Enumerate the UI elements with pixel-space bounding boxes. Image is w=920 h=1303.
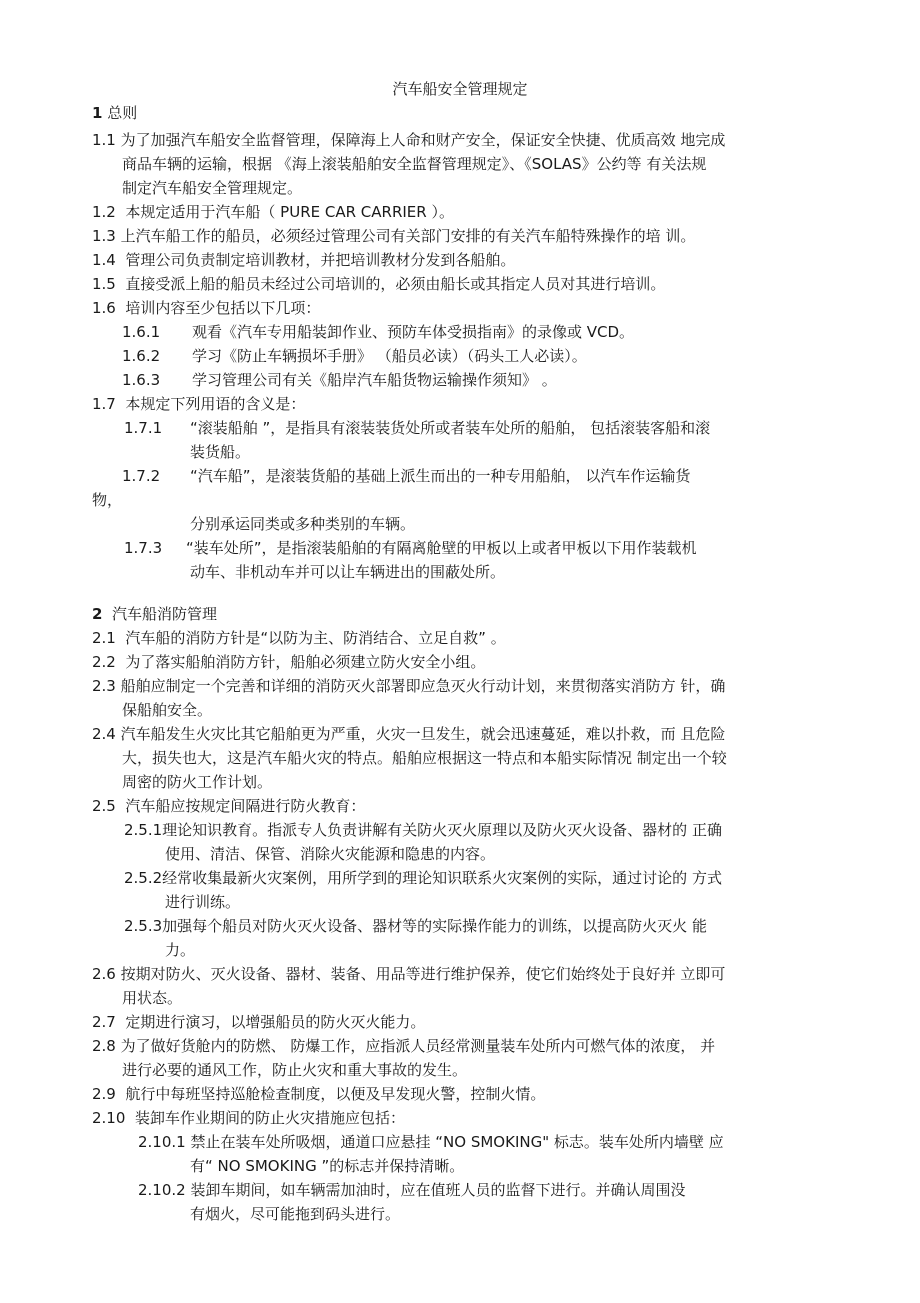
clause-text: 汽车船发生火灾比其它船舶更为严重，火灾一旦发生，就会迅速蔓延，难以扑救，而 且危… [121, 725, 726, 743]
clause-1-6-3: 1.6.3学习管理公司有关《船岸汽车船货物运输操作须知》 。 [122, 369, 557, 391]
clause-1-7-2-line-3: 分别承运同类或多种类别的车辆。 [190, 513, 415, 535]
clause-text: 加强每个船员对防火灭火设备、器材等的实际操作能力的训练，以提高防火灭火 能 [162, 917, 707, 935]
clause-1-7-3: 1.7.3“装车处所”，是指滚装船舶的有隔离舱壁的甲板以上或者甲板以下用作装载机 [124, 537, 697, 559]
clause-2-6-line-2: 用状态。 [122, 987, 182, 1009]
clause-1-1-line-3: 制定汽车船安全管理规定。 [122, 177, 302, 199]
clause-2-7: 2.7 定期进行演习，以增强船员的防火灭火能力。 [92, 1011, 425, 1033]
clause-number: 1.7 [92, 395, 116, 413]
clause-number: 2.9 [92, 1085, 116, 1103]
clause-number: 1.2 [92, 203, 116, 221]
clause-2-9: 2.9 航行中每班坚持巡舱检查制度，以便及早发现火警，控制火情。 [92, 1083, 545, 1105]
clause-2-4: 2.4 汽车船发生火灾比其它船舶更为严重，火灾一旦发生，就会迅速蔓延，难以扑救，… [92, 723, 725, 745]
clause-2-5: 2.5 汽车船应按规定间隔进行防火教育： [92, 795, 365, 817]
clause-text: 为了加强汽车船安全监督管理，保障海上人命和财产安全，保证安全快捷、优质高效 地完… [121, 131, 726, 149]
clause-text: “装车处所”，是指滚装船舶的有隔离舱壁的甲板以上或者甲板以下用作装载机 [186, 539, 697, 557]
clause-2-6: 2.6 按期对防火、灭火设备、器材、装备、用品等进行维护保养，使它们始终处于良好… [92, 963, 725, 985]
clause-number: 2.4 [92, 725, 116, 743]
clause-text: 船舶应制定一个完善和详细的消防灭火部署即应急灭火行动计划，来贯彻落实消防方 针，… [121, 677, 726, 695]
clause-number: 2.5.2 [124, 869, 162, 887]
section-number: 1 [92, 104, 102, 122]
document-page: 汽车船安全管理规定 1 总则 1.1 为了加强汽车船安全监督管理，保障海上人命和… [0, 0, 920, 1303]
clause-number: 1.3 [92, 227, 116, 245]
section-1-heading: 1 总则 [92, 102, 137, 124]
clause-number: 1.7.2 [122, 465, 190, 487]
clause-number: 1.1 [92, 131, 116, 149]
clause-1-7-1: 1.7.1“滚装船舶 ”，是指具有滚装装货处所或者装车处所的船舶， 包括滚装客船… [124, 417, 710, 439]
clause-2-10-2-line-2: 有烟火，尽可能拖到码头进行。 [190, 1203, 400, 1225]
clause-1-2: 1.2 本规定适用于汽车船（ PURE CAR CARRIER ）。 [92, 201, 454, 223]
clause-number: 2.5.1 [124, 821, 162, 839]
clause-2-5-3: 2.5.3加强每个船员对防火灭火设备、器材等的实际操作能力的训练，以提高防火灭火… [124, 915, 707, 937]
clause-2-4-line-3: 周密的防火工作计划。 [122, 771, 272, 793]
clause-number: 2.1 [92, 629, 116, 647]
clause-2-5-3-line-2: 力。 [165, 939, 195, 961]
clause-number: 2.5 [92, 797, 116, 815]
clause-number: 1.7.1 [124, 417, 190, 439]
clause-number: 2.10.1 [138, 1133, 186, 1151]
clause-number: 1.6.2 [122, 345, 192, 367]
clause-number: 2.10.2 [138, 1181, 186, 1199]
clause-text: 直接受派上船的船员未经过公司培训的，必须由船长或其指定人员对其进行培训。 [125, 275, 665, 293]
clause-1-7-3-line-2: 动车、非机动车并可以让车辆进出的围蔽处所。 [190, 561, 505, 583]
clause-text: 为了做好货舱内的防燃、 防爆工作，应指派人员经常测量装车处所内可燃气体的浓度， … [121, 1037, 716, 1055]
clause-1-7-1-line-2: 装货船。 [190, 441, 250, 463]
clause-text: “滚装船舶 ”，是指具有滚装装货处所或者装车处所的船舶， 包括滚装客船和滚 [190, 419, 710, 437]
clause-text: 定期进行演习，以增强船员的防火灭火能力。 [125, 1013, 425, 1031]
clause-text: 培训内容至少包括以下几项： [125, 299, 320, 317]
section-heading-text: 汽车船消防管理 [112, 605, 217, 623]
clause-1-6-2: 1.6.2学习《防止车辆损坏手册》 （船员必读）（码头工人必读）。 [122, 345, 587, 367]
section-heading-text: 总则 [107, 104, 137, 122]
clause-1-7-2-line-2: 物， [92, 489, 122, 511]
section-number: 2 [92, 605, 102, 623]
clause-1-6-1: 1.6.1观看《汽车专用船装卸作业、预防车体受损指南》的录像或 VCD。 [122, 321, 634, 343]
clause-number: 2.2 [92, 653, 116, 671]
clause-text: 禁止在装车处所吸烟，通道口应悬挂 “NO SMOKING" 标志。装车处所内墙壁… [191, 1133, 724, 1151]
clause-1-1-line-2: 商品车辆的运输，根据 《海上滚装船舶安全监督管理规定》、《SOLAS》公约等 有… [122, 153, 706, 175]
clause-text: 学习《防止车辆损坏手册》 （船员必读）（码头工人必读）。 [192, 347, 587, 365]
clause-2-10: 2.10 装卸车作业期间的防止火灾措施应包括： [92, 1107, 405, 1129]
clause-text: 经常收集最新火灾案例，用所学到的理论知识联系火灾案例的实际，通过讨论的 方式 [162, 869, 722, 887]
clause-text: 学习管理公司有关《船岸汽车船货物运输操作须知》 。 [192, 371, 557, 389]
clause-text: “汽车船”，是滚装货船的基础上派生而出的一种专用船舶， 以汽车作运输货 [190, 467, 690, 485]
clause-number: 2.7 [92, 1013, 116, 1031]
clause-1-7-2: 1.7.2“汽车船”，是滚装货船的基础上派生而出的一种专用船舶， 以汽车作运输货 [122, 465, 690, 487]
clause-2-4-line-2: 大，损失也大，这是汽车船火灾的特点。船舶应根据这一特点和本船实际情况 制定出一个… [122, 747, 727, 769]
clause-number: 1.5 [92, 275, 116, 293]
clause-2-3: 2.3 船舶应制定一个完善和详细的消防灭火部署即应急灭火行动计划，来贯彻落实消防… [92, 675, 725, 697]
clause-2-10-1: 2.10.1 禁止在装车处所吸烟，通道口应悬挂 “NO SMOKING" 标志。… [138, 1131, 724, 1153]
clause-2-10-1-line-2: 有“ NO SMOKING ”的标志并保持清晰。 [190, 1155, 464, 1177]
clause-text: 为了落实船舶消防方针，船舶必须建立防火安全小组。 [125, 653, 485, 671]
clause-number: 1.7.3 [124, 537, 186, 559]
clause-2-5-2: 2.5.2经常收集最新火灾案例，用所学到的理论知识联系火灾案例的实际，通过讨论的… [124, 867, 722, 889]
clause-2-5-1-line-2: 使用、清洁、保管、消除火灾能源和隐患的内容。 [165, 843, 495, 865]
clause-2-2: 2.2 为了落实船舶消防方针，船舶必须建立防火安全小组。 [92, 651, 485, 673]
clause-text: 汽车船的消防方针是“以防为主、防消结合、立足自救” 。 [125, 629, 505, 647]
clause-1-5: 1.5 直接受派上船的船员未经过公司培训的，必须由船长或其指定人员对其进行培训。 [92, 273, 665, 295]
section-2-heading: 2 汽车船消防管理 [92, 603, 217, 625]
clause-number: 2.10 [92, 1109, 125, 1127]
clause-1-7: 1.7 本规定下列用语的含义是： [92, 393, 305, 415]
clause-number: 2.6 [92, 965, 116, 983]
clause-text: 理论知识教育。指派专人负责讲解有关防火灭火原理以及防火灭火设备、器材的 正确 [162, 821, 722, 839]
clause-number: 2.8 [92, 1037, 116, 1055]
clause-text: 本规定下列用语的含义是： [125, 395, 305, 413]
clause-text: 装卸车期间，如车辆需加油时，应在值班人员的监督下进行。并确认周围没 [191, 1181, 686, 1199]
clause-number: 2.5.3 [124, 917, 162, 935]
clause-1-6: 1.6 培训内容至少包括以下几项： [92, 297, 320, 319]
clause-text: 上汽车船工作的船员，必须经过管理公司有关部门安排的有关汽车船特殊操作的培 训。 [121, 227, 696, 245]
clause-text: 装卸车作业期间的防止火灾措施应包括： [135, 1109, 405, 1127]
clause-1-1: 1.1 为了加强汽车船安全监督管理，保障海上人命和财产安全，保证安全快捷、优质高… [92, 129, 725, 151]
clause-number: 1.6.1 [122, 321, 192, 343]
clause-text: 航行中每班坚持巡舱检查制度，以便及早发现火警，控制火情。 [125, 1085, 545, 1103]
clause-2-5-2-line-2: 进行训练。 [165, 891, 240, 913]
clause-2-8-line-2: 进行必要的通风工作，防止火灾和重大事故的发生。 [122, 1059, 467, 1081]
clause-2-10-2: 2.10.2 装卸车期间，如车辆需加油时，应在值班人员的监督下进行。并确认周围没 [138, 1179, 686, 1201]
clause-text: 汽车船应按规定间隔进行防火教育： [125, 797, 365, 815]
clause-number: 1.4 [92, 251, 116, 269]
clause-text: 观看《汽车专用船装卸作业、预防车体受损指南》的录像或 VCD。 [192, 323, 634, 341]
clause-2-8: 2.8 为了做好货舱内的防燃、 防爆工作，应指派人员经常测量装车处所内可燃气体的… [92, 1035, 715, 1057]
clause-text: 按期对防火、灭火设备、器材、装备、用品等进行维护保养，使它们始终处于良好并 立即… [121, 965, 726, 983]
clause-text: 管理公司负责制定培训教材，并把培训教材分发到各船舶。 [125, 251, 515, 269]
clause-number: 1.6 [92, 299, 116, 317]
clause-1-3: 1.3 上汽车船工作的船员，必须经过管理公司有关部门安排的有关汽车船特殊操作的培… [92, 225, 695, 247]
clause-text: 本规定适用于汽车船（ PURE CAR CARRIER ）。 [125, 203, 454, 221]
clause-2-3-line-2: 保船舶安全。 [122, 699, 212, 721]
document-title: 汽车船安全管理规定 [0, 78, 920, 99]
clause-number: 1.6.3 [122, 369, 192, 391]
clause-1-4: 1.4 管理公司负责制定培训教材，并把培训教材分发到各船舶。 [92, 249, 515, 271]
clause-number: 2.3 [92, 677, 116, 695]
clause-2-1: 2.1 汽车船的消防方针是“以防为主、防消结合、立足自救” 。 [92, 627, 506, 649]
clause-2-5-1: 2.5.1理论知识教育。指派专人负责讲解有关防火灭火原理以及防火灭火设备、器材的… [124, 819, 722, 841]
